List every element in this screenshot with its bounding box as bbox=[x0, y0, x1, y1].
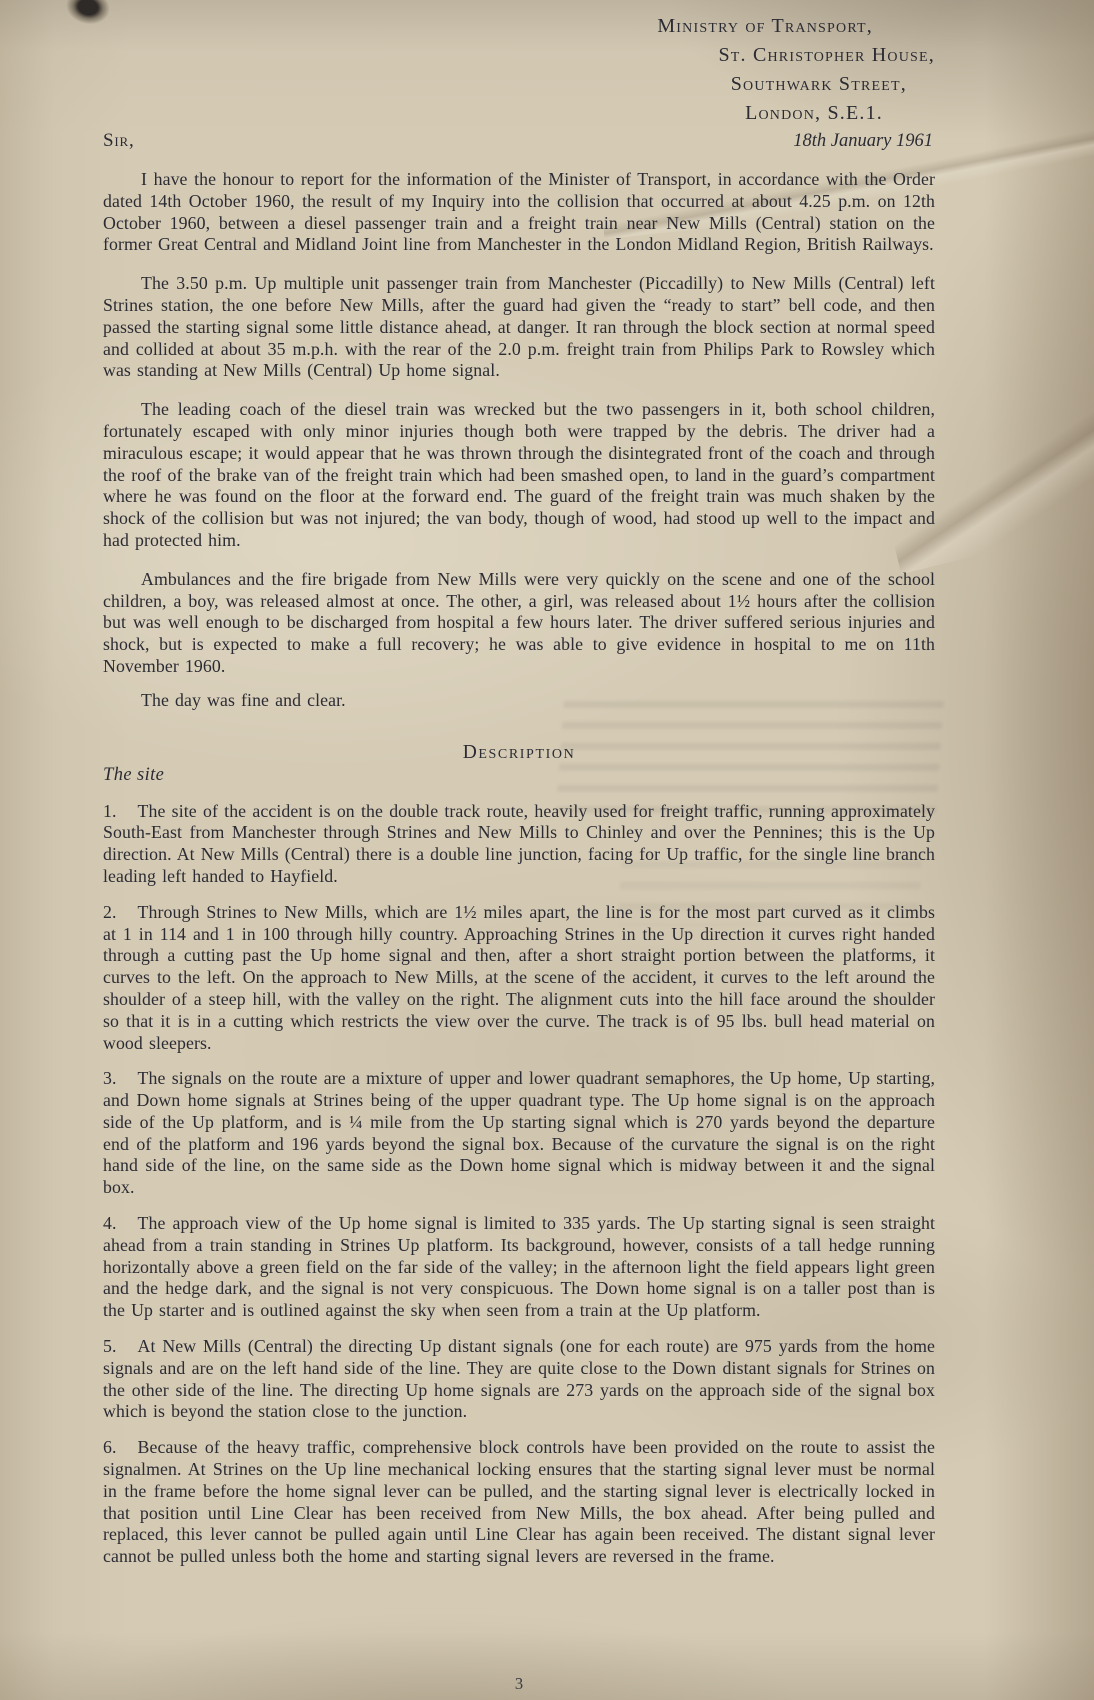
letterhead-line-city: London, S.E.1. bbox=[103, 99, 935, 128]
subsection-heading-the-site: The site bbox=[103, 765, 935, 786]
paragraph-number: 4. bbox=[103, 1213, 138, 1233]
paragraph-weather: The day was fine and clear. bbox=[103, 690, 935, 712]
letterhead-line-ministry: Ministry of Transport, bbox=[103, 12, 935, 41]
paragraph-number: 1. bbox=[103, 801, 138, 821]
numbered-paragraph: 6.Because of the heavy traffic, comprehe… bbox=[103, 1437, 935, 1568]
paragraph-intro: I have the honour to report for the info… bbox=[103, 169, 935, 256]
paragraph-number: 5. bbox=[103, 1336, 138, 1356]
paragraph-text: The signals on the route are a mixture o… bbox=[103, 1068, 935, 1197]
page-number: 3 bbox=[0, 1674, 1038, 1694]
section-heading-description: Description bbox=[103, 742, 935, 764]
paragraph-collision: The 3.50 p.m. Up multiple unit passenger… bbox=[103, 273, 935, 382]
paragraph-text: The site of the accident is on the doubl… bbox=[103, 801, 935, 886]
document-page: Ministry of Transport, St. Christopher H… bbox=[103, 12, 935, 1568]
paragraph-number: 6. bbox=[103, 1437, 138, 1457]
numbered-paragraph: 2.Through Strines to New Mills, which ar… bbox=[103, 902, 935, 1055]
numbered-paragraph: 1.The site of the accident is on the dou… bbox=[103, 801, 935, 888]
paragraph-text: At New Mills (Central) the directing Up … bbox=[103, 1336, 935, 1421]
paragraph-text: The approach view of the Up home signal … bbox=[103, 1213, 935, 1320]
paragraph-number: 3. bbox=[103, 1068, 138, 1088]
numbered-paragraph: 4.The approach view of the Up home signa… bbox=[103, 1213, 935, 1322]
numbered-paragraph: 5.At New Mills (Central) the directing U… bbox=[103, 1336, 935, 1423]
paragraph-text: Through Strines to New Mills, which are … bbox=[103, 902, 935, 1053]
paragraph-text: Because of the heavy traffic, comprehens… bbox=[103, 1437, 935, 1566]
letterhead-line-house: St. Christopher House, bbox=[103, 41, 935, 70]
numbered-paragraph: 3.The signals on the route are a mixture… bbox=[103, 1068, 935, 1199]
paragraph-number: 2. bbox=[103, 902, 138, 922]
paragraph-casualties: Ambulances and the fire brigade from New… bbox=[103, 569, 935, 678]
paragraph-damage: The leading coach of the diesel train wa… bbox=[103, 399, 935, 552]
letterhead-line-street: Southwark Street, bbox=[103, 70, 935, 99]
